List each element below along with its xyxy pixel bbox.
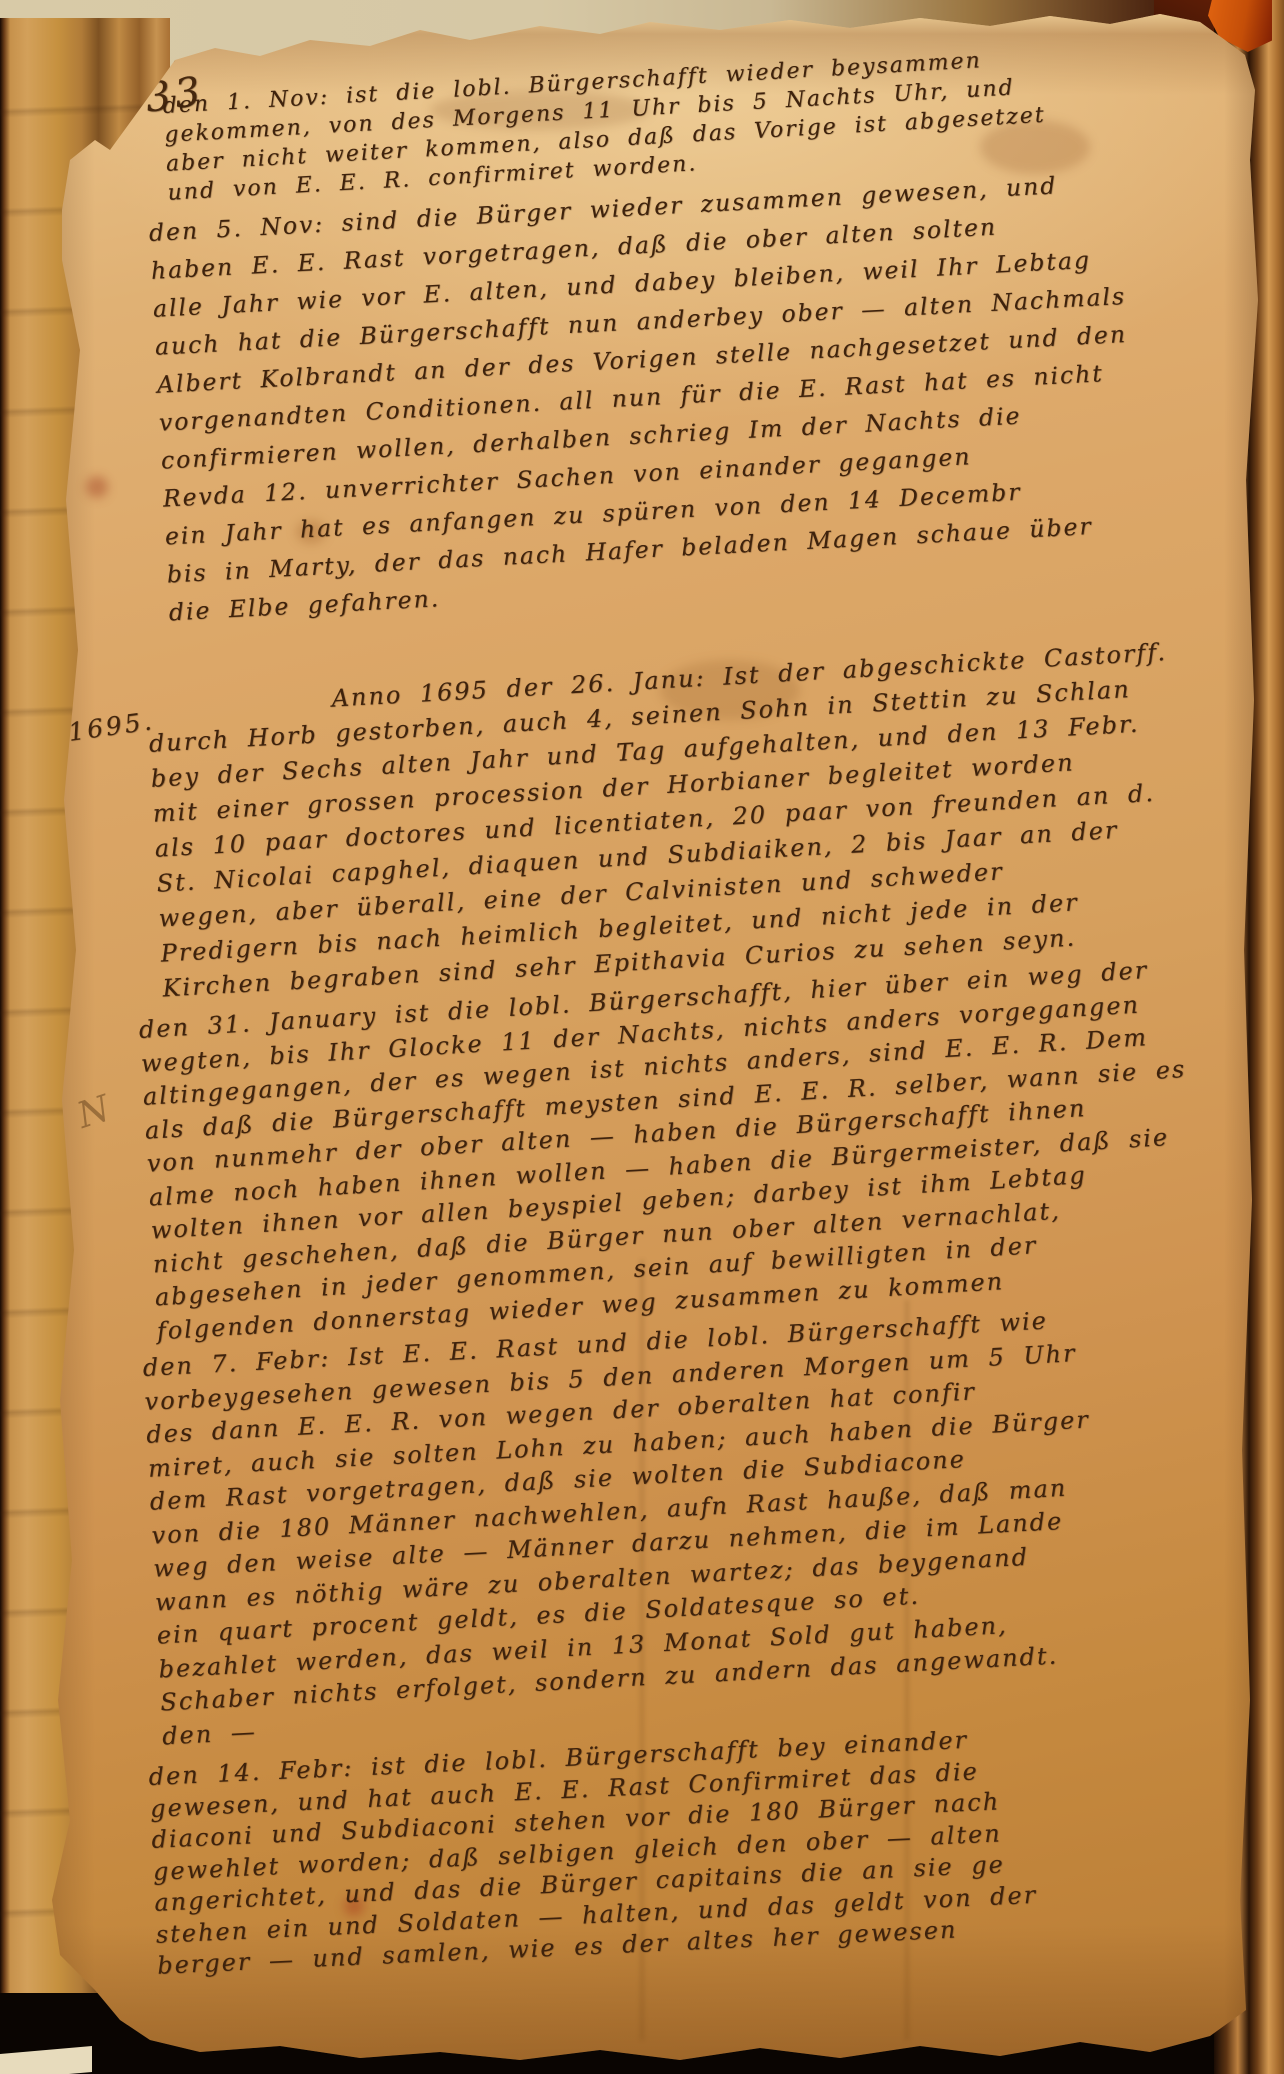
margin-mark: N xyxy=(72,1088,115,1137)
manuscript-photo: ◠ 633 1695. N den 1. Nov: ist die lobl. … xyxy=(0,0,1284,2074)
paper-stain xyxy=(86,476,108,498)
table-sliver xyxy=(0,2046,92,2074)
entry-block-feb-7: den 7. Febr: Ist E. E. Rast und die lobl… xyxy=(142,1303,1105,1754)
margin-year-note: 1695. xyxy=(66,706,156,747)
entry-block-feb-14: den 14. Febr: ist die lobl. Bürgerschaff… xyxy=(148,1722,1039,1982)
entry-block-jan-31: den 31. January ist die lobl. Bürgerscha… xyxy=(138,952,1199,1348)
entry-block-anno-1695-jan-26: Anno 1695 der 26. Janu: Ist der abgeschi… xyxy=(146,635,1183,1007)
entry-block-nov-5: den 5. Nov: sind die Bürger wieder zusam… xyxy=(148,163,1141,631)
manuscript-page: ◠ 633 1695. N den 1. Nov: ist die lobl. … xyxy=(0,0,1284,2074)
